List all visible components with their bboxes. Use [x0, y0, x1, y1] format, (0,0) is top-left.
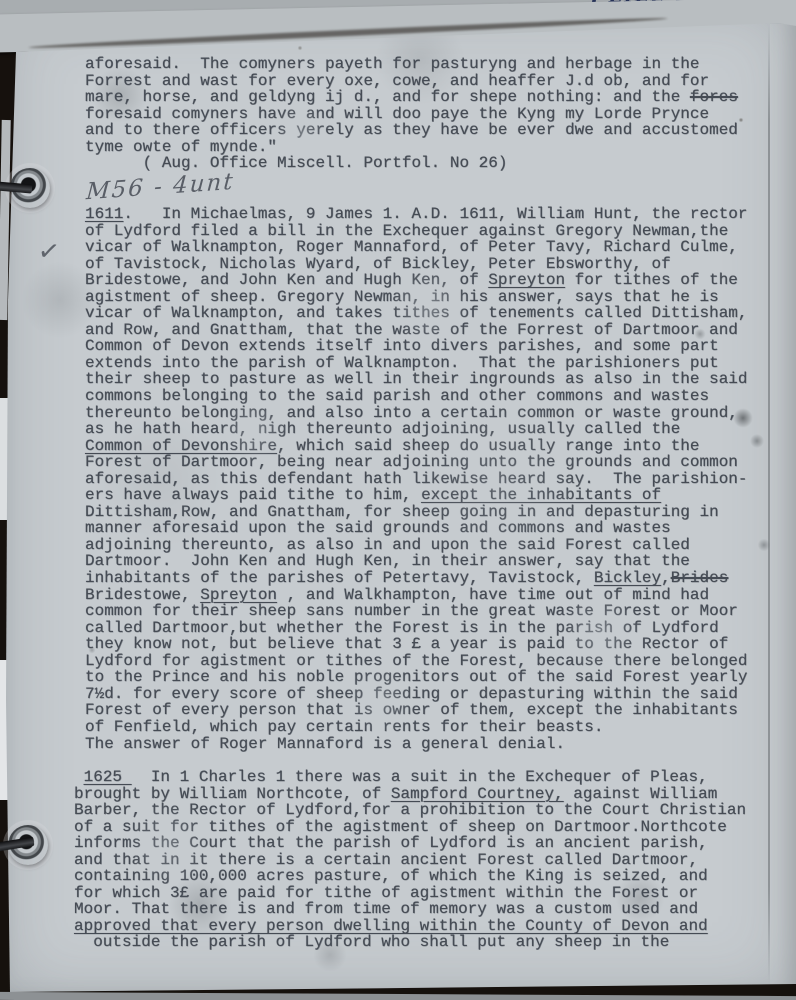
typed-line: and Row, and Gnattham, that the waste of…	[85, 322, 748, 339]
typed-line: of Fenfield, which pay certain rents for…	[85, 719, 748, 736]
binder-rod-icon	[0, 837, 34, 852]
typed-line: Dartmoor. John Ken and Hugh Ken, in thei…	[85, 553, 748, 570]
typed-line: Bridestowe, and John Ken and Hugh Ken, o…	[85, 272, 748, 289]
opening-paragraph: aforesaid. The comyners payeth for pastu…	[85, 56, 738, 172]
section-1625: 1625 In 1 Charles 1 there was a suit in …	[74, 769, 746, 951]
typed-line: ( Aug. Office Miscell. Portfol. No 26)	[85, 155, 738, 172]
typed-line: as he hath heard, nigh thereunto adjoini…	[85, 421, 748, 438]
typed-line: commons belonging to the said parish and…	[85, 388, 748, 405]
typed-line: Forest of Dartmoor, being near adjoining…	[85, 454, 748, 471]
underlying-sheet-bottom	[0, 992, 796, 1000]
binder-ring-bottom-icon	[6, 823, 50, 867]
typed-line: their sheep to pasture as well in their …	[85, 371, 748, 388]
typed-line: approved that every person dwelling with…	[74, 918, 746, 935]
typed-line: manner aforesaid upon the said grounds a…	[85, 520, 748, 537]
typed-line: of Lydford filed a bill in the Exchequer…	[85, 223, 748, 240]
section-1611: 1611. In Michaelmas, 9 James 1. A.D. 161…	[85, 206, 748, 752]
typed-line: tyme owte of mynde."	[85, 139, 738, 156]
typed-line: aforesaid, as this defendant hath likewi…	[85, 471, 748, 488]
typed-line: called Dartmoor,but whether the Forest i…	[85, 620, 748, 637]
typed-line: Moor. That there is and from time of mem…	[74, 901, 746, 918]
typed-line: containing 100,000 acres pasture, of whi…	[74, 868, 746, 885]
typed-line: Bridestowe, Spreyton , and Walkhampton, …	[85, 587, 748, 604]
typed-line: foresaid comyners have and will doo paye…	[85, 106, 738, 123]
typed-line: extends into the parish of Walknampton. …	[85, 355, 748, 372]
typed-line: vicar of Walknampton, Roger Mannaford, o…	[85, 239, 748, 256]
typed-line: Barber, the Rector of Lydford,for a proh…	[74, 802, 746, 819]
typed-line: outside the parish of Lydford who shall …	[74, 934, 746, 951]
typed-line: adjoining thereunto, as also in and upon…	[85, 537, 748, 554]
typed-line: aforesaid. The comyners payeth for pastu…	[85, 56, 738, 73]
typed-line: Forrest and wast for every oxe, cowe, an…	[85, 73, 738, 90]
typed-line: of a suit for tithes of the agistment of…	[74, 819, 746, 836]
typed-line: for which 3£ are paid for tithe of agist…	[74, 885, 746, 902]
typed-line: mare, horse, and geldyng ij d., and for …	[85, 89, 738, 106]
typed-line: 7½d. for every score of sheep feeding or…	[85, 686, 748, 703]
typed-line: and to there officers yerely as they hav…	[85, 122, 738, 139]
typed-line: 1611. In Michaelmas, 9 James 1. A.D. 161…	[85, 206, 748, 223]
margin-checkmark: ✓	[36, 235, 62, 269]
typed-line: they know not, but believe that 3 £ a ye…	[85, 636, 748, 653]
scanned-document-page: J'LILL E aforesaid. The comyners payeth …	[0, 0, 796, 1000]
typed-line: informs the Court that the parish of Lyd…	[74, 835, 746, 852]
typed-line: inhabitants of the parishes of Petertavy…	[85, 570, 748, 587]
typed-line: Dittisham,Row, and Gnattham, for sheep g…	[85, 504, 748, 521]
typed-line: common for their sheep sans number in th…	[85, 603, 748, 620]
typed-line: Forest of every person that is owner of …	[85, 702, 748, 719]
typed-line: Lydford for agistment or tithes of the F…	[85, 653, 748, 670]
typed-line: thereunto belonging, and also into a cer…	[85, 405, 748, 422]
typed-line: agistment of sheep. Gregory Newman, in h…	[85, 289, 748, 306]
typed-line: Common of Devonshire, which said sheep d…	[85, 438, 748, 455]
typed-line: 1625 In 1 Charles 1 there was a suit in …	[74, 769, 746, 786]
paper-right-edge-band	[770, 24, 796, 984]
typed-line: to the Prince and his noble progenitors …	[85, 669, 748, 686]
typed-line: brought by William Northcote, of Sampfor…	[74, 786, 746, 803]
typed-line: vicar of Walknampton, and takes tithes o…	[85, 305, 748, 322]
typed-line: Common of Devon extends itself into dive…	[85, 338, 748, 355]
typed-line: ers have always paid tithe to him, excep…	[85, 487, 748, 504]
typed-line: and that in it there is a certain ancien…	[74, 852, 746, 869]
typed-line: The answer of Roger Mannaford is a gener…	[85, 736, 748, 753]
typed-line: of Tavistock, Nicholas Wyard, of Bickley…	[85, 256, 748, 273]
binder-ring-top-icon	[8, 166, 52, 210]
